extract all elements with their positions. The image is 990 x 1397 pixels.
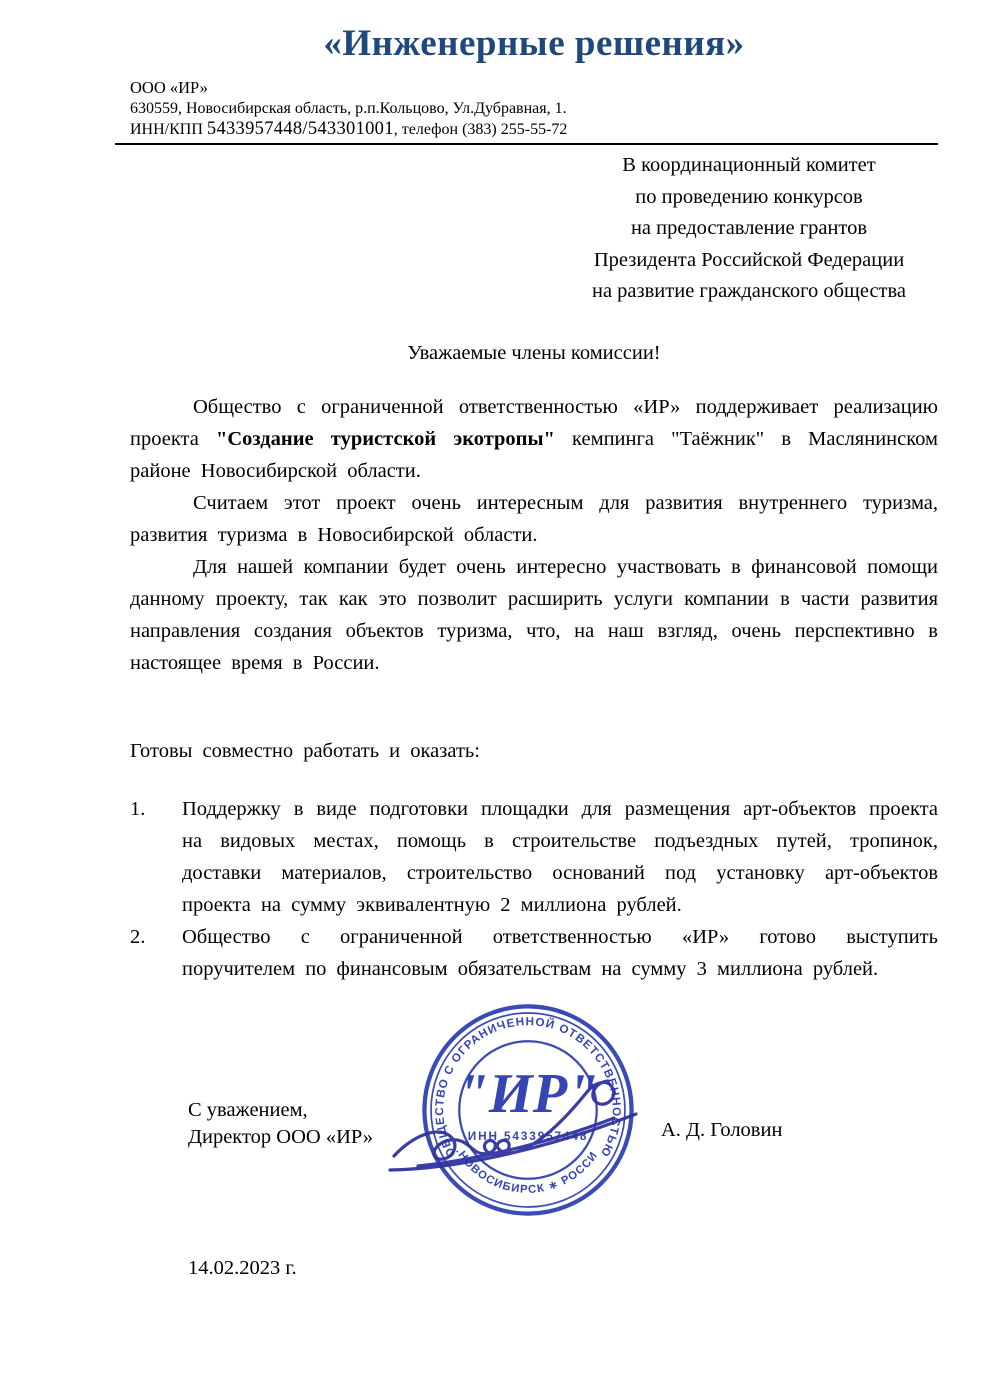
letter-page: «Инженерные решения» ООО «ИР» 630559, Но… xyxy=(0,0,990,1397)
recipient-block: В координационный комитет по проведению … xyxy=(560,150,938,308)
recipient-line: на предоставление грантов xyxy=(560,213,938,245)
project-title-bold: "Создание туристской экотропы" xyxy=(216,428,555,450)
letter-date: 14.02.2023 г. xyxy=(188,1257,297,1280)
offer-intro: Готовы совместно работать и оказать: xyxy=(130,735,938,767)
org-inn-line: ИНН/КПП 5433957448/543301001, телефон (3… xyxy=(130,119,938,140)
list-marker: 2. xyxy=(130,921,145,953)
letterhead-org-info: ООО «ИР» 630559, Новосибирская область, … xyxy=(130,77,938,140)
letter-content: «Инженерные решения» ООО «ИР» 630559, Но… xyxy=(130,0,938,985)
list-item: 2.Общество с ограниченной ответственност… xyxy=(182,921,938,985)
signee-name: А. Д. Головин xyxy=(661,1119,782,1142)
list-marker: 1. xyxy=(130,793,145,825)
closing-position: Директор ООО «ИР» xyxy=(188,1124,373,1151)
body-paragraph-2: Считаем этот проект очень интересным для… xyxy=(130,487,938,551)
letterhead-title: «Инженерные решения» xyxy=(130,21,938,67)
closing-respect: С уважением, xyxy=(188,1097,373,1124)
inn-label: ИНН/КПП xyxy=(130,121,207,138)
list-item: 1.Поддержку в виде подготовки площадки д… xyxy=(182,793,938,921)
signature-stroke-loops xyxy=(394,1081,614,1159)
recipient-line: по проведению конкурсов xyxy=(560,182,938,214)
recipient-line: В координационный комитет xyxy=(560,150,938,182)
body-paragraph-1: Общество с ограниченной ответственностью… xyxy=(130,391,938,487)
list-item-text: Общество с ограниченной ответственностью… xyxy=(182,926,938,980)
header-divider xyxy=(115,143,938,145)
recipient-line: на развитие гражданского общества xyxy=(560,276,938,308)
body-paragraph-3: Для нашей компании будет очень интересно… xyxy=(130,551,938,679)
org-phone: , телефон (383) 255-55-72 xyxy=(394,121,568,138)
closing-block: С уважением, Директор ООО «ИР» xyxy=(188,1097,373,1151)
org-address: 630559, Новосибирская область, р.п.Кольц… xyxy=(130,98,938,119)
org-name: ООО «ИР» xyxy=(130,77,938,98)
offer-list: 1.Поддержку в виде подготовки площадки д… xyxy=(130,793,938,985)
signature-scrawl xyxy=(388,1056,660,1188)
recipient-line: Президента Российской Федерации xyxy=(560,245,938,277)
inn-numbers: 5433957448/543301001 xyxy=(207,119,394,139)
salutation: Уважаемые члены комиссии! xyxy=(130,337,938,369)
list-item-text: Поддержку в виде подготовки площадки для… xyxy=(182,798,938,916)
